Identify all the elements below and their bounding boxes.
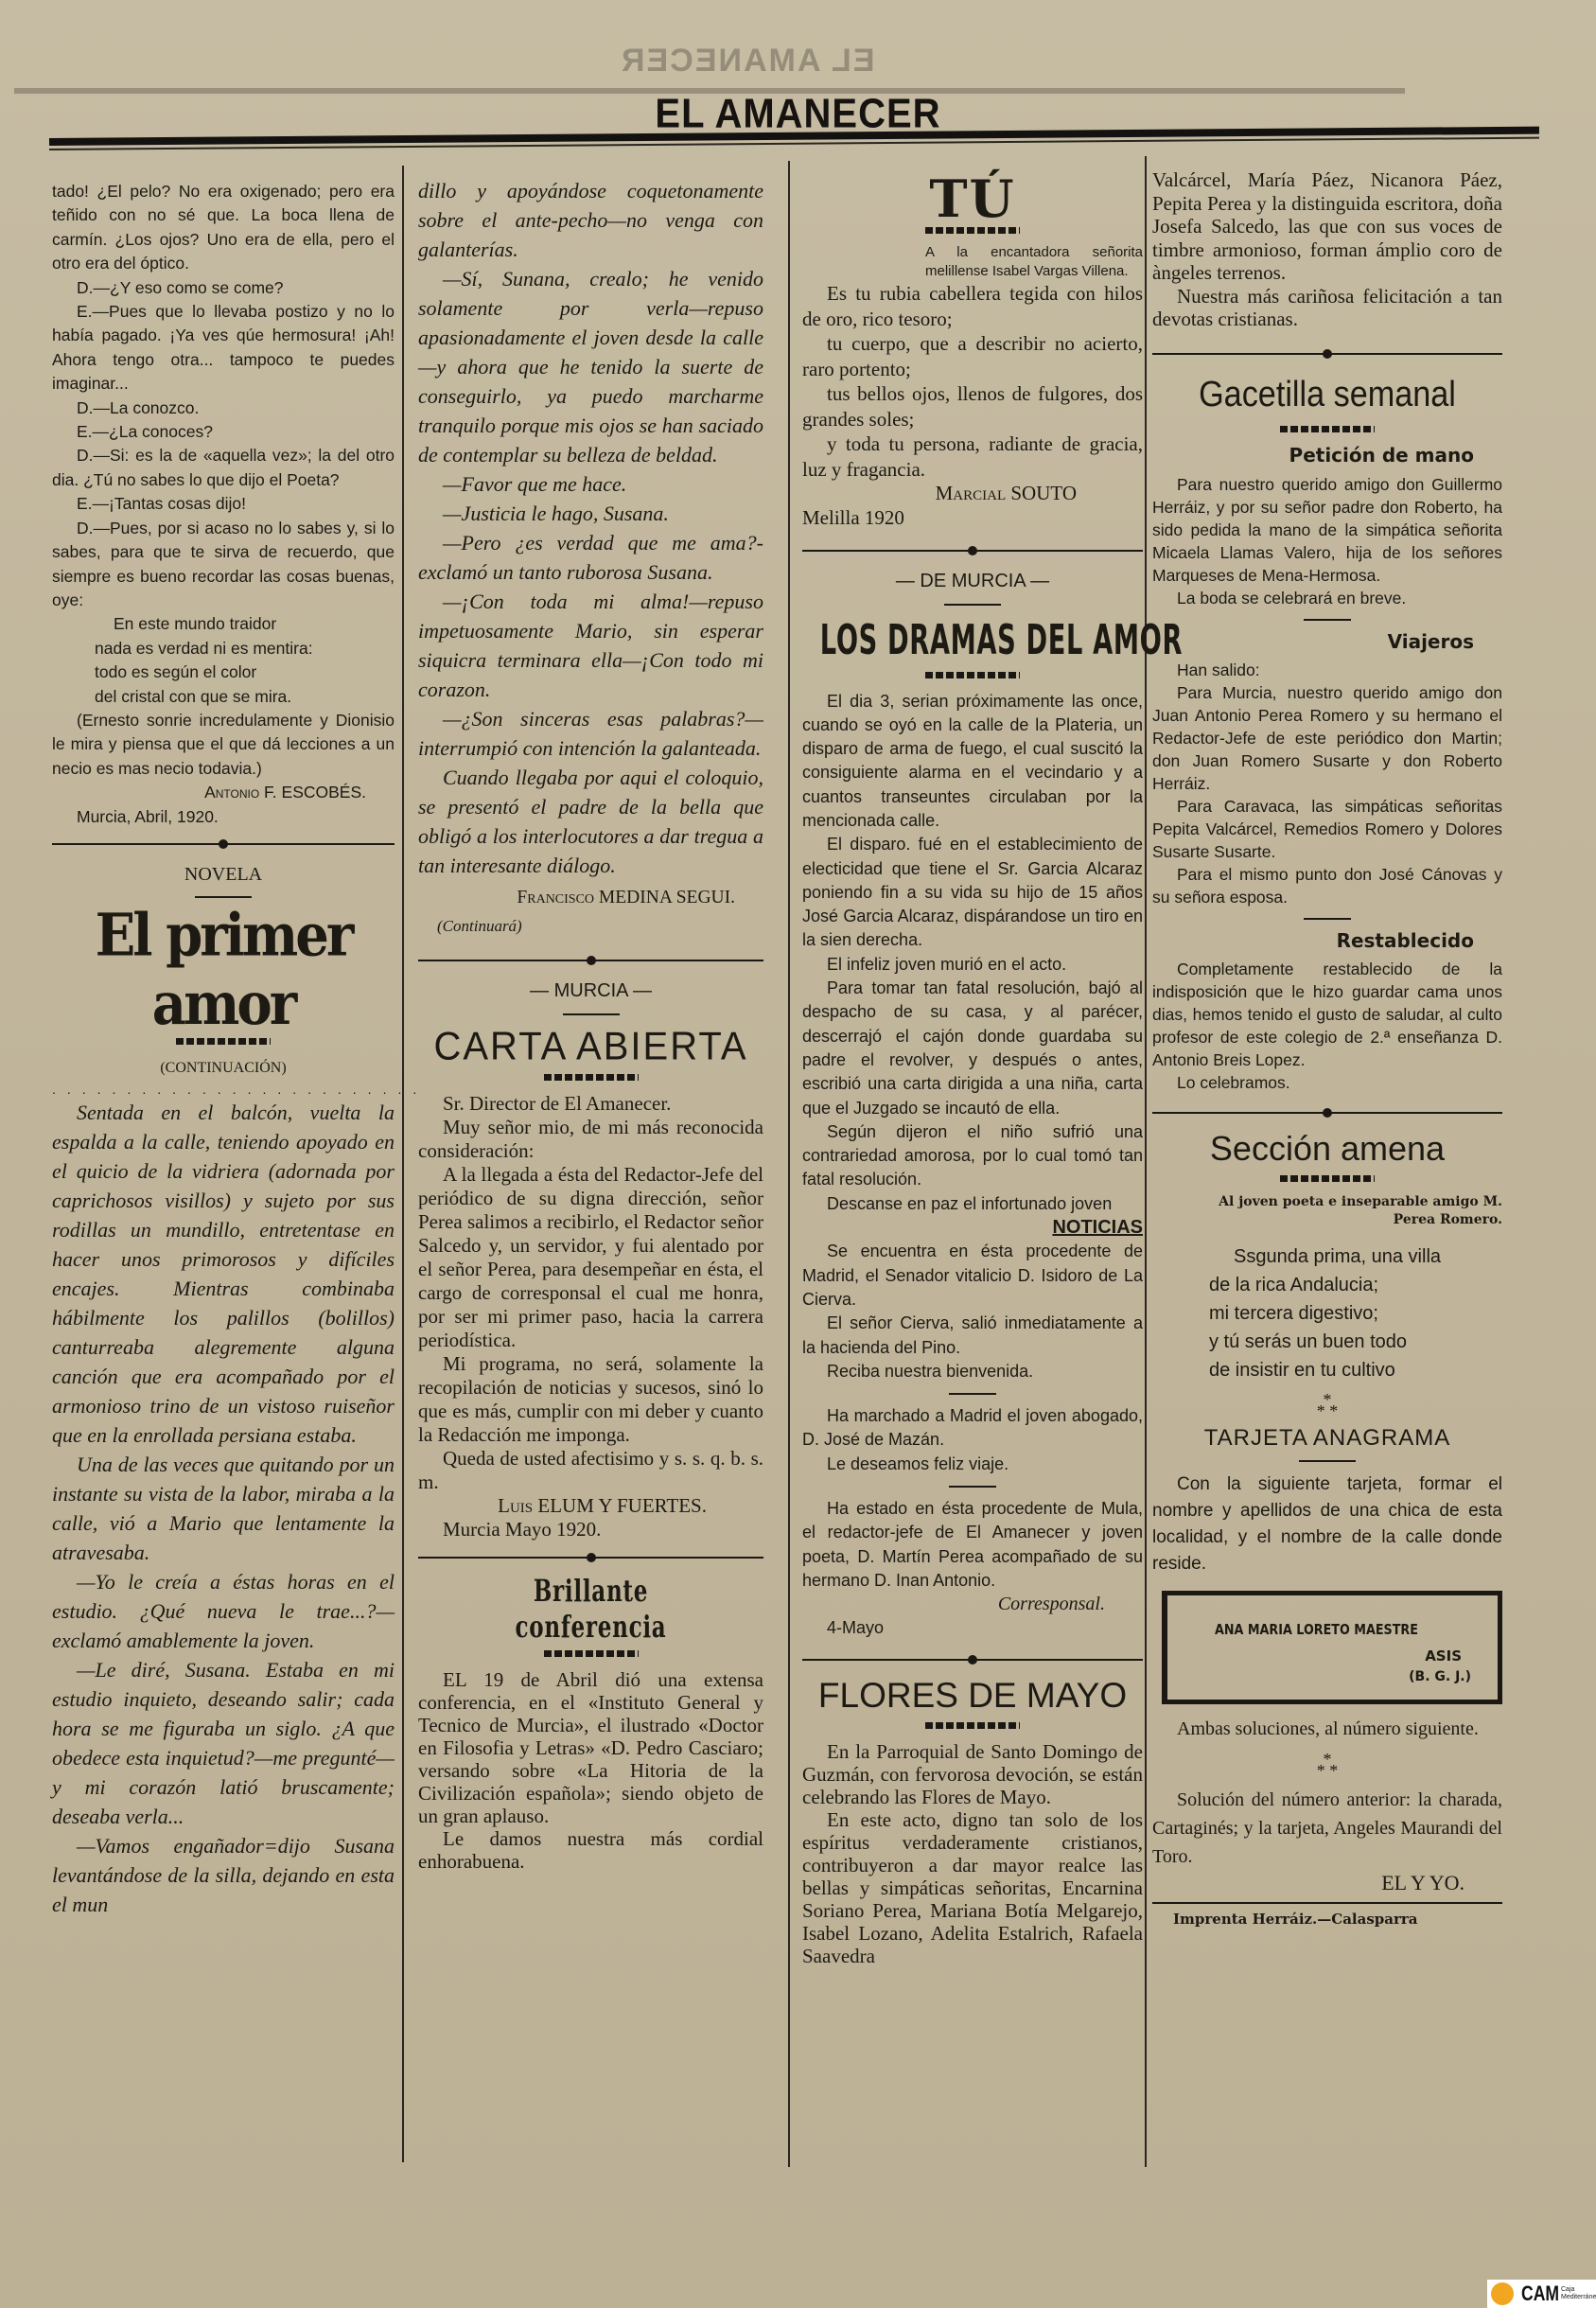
dotted-separator bbox=[1280, 1175, 1375, 1182]
novel-para: Cuando llegaba por aqui el coloquio, se … bbox=[418, 763, 763, 880]
column-divider bbox=[788, 161, 790, 2167]
tu-title: TÚ bbox=[802, 170, 1143, 227]
column-4: Valcárcel, María Páez, Nicanora Páez, Pe… bbox=[1152, 168, 1502, 1932]
section-label: — DE MURCIA — bbox=[802, 570, 1143, 594]
conferencia-para: Le damos nuestra más cordial enhorabuena… bbox=[418, 1827, 763, 1873]
verse-line: todo es según el color bbox=[95, 661, 395, 684]
dialogue-para: D.—Pues, por si acaso no lo sabes y, si … bbox=[52, 517, 395, 613]
newspaper-page: EL AMANECER EL AMANECER tado! ¿El pelo? … bbox=[0, 0, 1596, 2308]
peticion-para: La boda se celebrará en breve. bbox=[1152, 587, 1502, 609]
flores-continued: Valcárcel, María Páez, Nicanora Páez, Pe… bbox=[1152, 168, 1502, 331]
novel-para: —Vamos engañador=dijo Susana levantándos… bbox=[52, 1831, 395, 1919]
cam-watermark-logo: CAM Caja Mediterráneo bbox=[1487, 2280, 1596, 2308]
novel-para: —¿Son sinceras esas palabras?—interrumpi… bbox=[418, 704, 763, 763]
short-rule bbox=[195, 896, 252, 898]
author-signature: Francisco MEDINA SEGUI. bbox=[418, 886, 763, 910]
card-line-3: (B. G. J.) bbox=[1409, 1665, 1471, 1690]
short-rule bbox=[1304, 918, 1351, 920]
peticion-para: Para nuestro querido amigo don Guillermo… bbox=[1152, 473, 1502, 587]
noticia-para: Le deseamos feliz viaje. bbox=[802, 1453, 1143, 1476]
conferencia-body: EL 19 de Abril dió una extensa conferenc… bbox=[418, 1668, 763, 1873]
carta-body: Sr. Director de El Amanecer. Muy señor m… bbox=[418, 1092, 763, 1494]
dialogue-para: D.—Si: es la de «aquella vez»; la del ot… bbox=[52, 444, 395, 492]
column-2: dillo y apoyándose coquetonamente sobre … bbox=[418, 176, 763, 1873]
poem-dedication: A la encantadora señorita melillense Isa… bbox=[802, 243, 1143, 281]
poem-stanza: Es tu rubia cabellera tegida con hilos d… bbox=[802, 281, 1143, 331]
dramas-para: Descanse en paz el infortunado joven bbox=[802, 1192, 1143, 1216]
noticia-para: Reciba nuestra bienvenida. bbox=[802, 1360, 1143, 1383]
ornamental-rule bbox=[802, 1654, 1143, 1665]
dotted-separator bbox=[1280, 426, 1375, 432]
novel-title: El primer amor bbox=[52, 902, 395, 1039]
restablecido-para: Completamente restablecido de la indispo… bbox=[1152, 958, 1502, 1071]
novel-continued: dillo y apoyándose coquetonamente sobre … bbox=[418, 176, 763, 880]
peticion-heading: Petición de mano bbox=[1152, 444, 1502, 468]
verse-block: En este mundo traidor nada es verdad ni … bbox=[52, 612, 395, 709]
ornamental-rule bbox=[52, 838, 395, 850]
noticia-para: El señor Cierva, salió inmediatamente a … bbox=[802, 1312, 1143, 1360]
conferencia-para: EL 19 de Abril dió una extensa conferenc… bbox=[418, 1668, 763, 1827]
footer-rule bbox=[1152, 1902, 1502, 1904]
dialogue-para: E.—¿La conoces? bbox=[52, 420, 395, 444]
logo-circle-icon bbox=[1491, 2282, 1514, 2305]
dramas-para: El infeliz joven murió en el acto. bbox=[802, 953, 1143, 977]
noticia-para: Ha marchado a Madrid el joven abogado, D… bbox=[802, 1404, 1143, 1453]
flores-para: Valcárcel, María Páez, Nicanora Páez, Pe… bbox=[1152, 168, 1502, 285]
gacetilla-title: Gacetilla semanal bbox=[1170, 369, 1485, 420]
noticias-heading: NOTICIAS bbox=[802, 1216, 1143, 1240]
poem-stanza: y toda tu persona, radiante de gracia, l… bbox=[802, 432, 1143, 482]
bleed-through-header: EL AMANECER bbox=[620, 43, 874, 79]
ornamental-rule bbox=[418, 955, 763, 966]
poem-stanza: tus bellos ojos, llenos de fulgores, dos… bbox=[802, 381, 1143, 432]
dotted-separator bbox=[925, 672, 1020, 678]
verse-line: En este mundo traidor bbox=[95, 612, 395, 636]
dialogue-para: E.—Pues que lo llevaba postizo y no lo h… bbox=[52, 300, 395, 396]
dotted-separator bbox=[544, 1074, 639, 1081]
solucion-anterior: Solución del número anterior: la charada… bbox=[1152, 1786, 1502, 1871]
flores-title: FLORES DE MAYO bbox=[802, 1675, 1143, 1717]
card-name: ANA MARIA LORETO MAESTRE bbox=[1215, 1618, 1418, 1643]
short-rule bbox=[563, 1013, 620, 1015]
carta-salutation: Sr. Director de El Amanecer. bbox=[418, 1092, 763, 1116]
short-rule bbox=[949, 1393, 996, 1395]
author-signature: Luis ELUM Y FUERTES. bbox=[418, 1494, 763, 1519]
tu-poem: Es tu rubia cabellera tegida con hilos d… bbox=[802, 281, 1143, 482]
restablecido-heading: Restablecido bbox=[1152, 929, 1502, 952]
novel-text: Sentada en el balcón, vuelta la espalda … bbox=[52, 1098, 395, 1919]
carta-para: Queda de usted afectisimo y s. s. q. b. … bbox=[418, 1447, 763, 1494]
column-divider bbox=[1145, 156, 1147, 2167]
anagrama-heading: TARJETA ANAGRAMA bbox=[1152, 1426, 1502, 1451]
verse-line: nada es verdad ni es mentira: bbox=[95, 637, 395, 661]
author-signature: Antonio F. ESCOBÉS. bbox=[52, 781, 395, 804]
short-rule bbox=[1299, 1460, 1356, 1462]
viajeros-para: Han salido: bbox=[1152, 659, 1502, 681]
asterism: ** * bbox=[1152, 1394, 1502, 1417]
ornamental-rule bbox=[1152, 1107, 1502, 1119]
conferencia-title: Brillante conferencia bbox=[466, 1573, 715, 1645]
gacetilla-body: Para nuestro querido amigo don Guillermo… bbox=[1152, 473, 1502, 1094]
dramas-para: El disparo. fué en el establecimiento de… bbox=[802, 833, 1143, 952]
logo-subtitle: Caja Mediterráneo bbox=[1561, 2286, 1596, 2301]
novel-para: —Yo le creía a éstas horas en el estudio… bbox=[52, 1567, 395, 1655]
dotted-separator bbox=[176, 1038, 271, 1045]
author-signature: EL Y YO. bbox=[1152, 1871, 1502, 1895]
dotted-separator bbox=[925, 1722, 1020, 1729]
novel-para: —Sí, Sunana, crealo; he venido solamente… bbox=[418, 264, 763, 469]
verse-line: del cristal con que se mira. bbox=[95, 685, 395, 709]
dramas-para: Para tomar tan fatal resolución, bajó al… bbox=[802, 977, 1143, 1120]
dotted-separator bbox=[544, 1650, 639, 1657]
seccion-dedication: Al joven poeta e inseparable amigo M. Pe… bbox=[1152, 1193, 1502, 1229]
flores-body: En la Parroquial de Santo Domingo de Guz… bbox=[802, 1740, 1143, 1967]
continuation-label: (CONTINUACIÓN) bbox=[52, 1056, 395, 1080]
dateline: Melilla 1920 bbox=[802, 506, 1143, 531]
novel-para: dillo y apoyándose coquetonamente sobre … bbox=[418, 176, 763, 264]
viajeros-para: Para Caravaca, las simpáticas señoritas … bbox=[1152, 795, 1502, 863]
dateline: Murcia Mayo 1920. bbox=[418, 1518, 763, 1542]
dialogue-para: D.—¿Y eso como se come? bbox=[52, 276, 395, 300]
corresponsal-signature: Corresponsal. bbox=[802, 1593, 1143, 1616]
short-rule bbox=[1304, 619, 1351, 621]
asterism: ** * bbox=[1152, 1753, 1502, 1776]
section-label: — MURCIA — bbox=[418, 979, 763, 1004]
anagram-card: ANA MARIA LORETO MAESTRE ASIS (B. G. J.) bbox=[1162, 1591, 1502, 1704]
novel-para: —¡Con toda mi alma!—repuso impetuosament… bbox=[418, 587, 763, 704]
novel-para: —Pero ¿es verdad que me ama?- exclamó un… bbox=[418, 528, 763, 587]
logo-brand: CAM bbox=[1521, 2282, 1559, 2306]
ornamental-rule bbox=[802, 545, 1143, 556]
novel-para: —Justicia le hago, Susana. bbox=[418, 499, 763, 528]
noticia-para: Se encuentra en ésta procedente de Madri… bbox=[802, 1240, 1143, 1312]
carta-para: A la llegada a ésta del Redactor-Jefe de… bbox=[418, 1163, 763, 1352]
ornamental-rule bbox=[418, 1552, 763, 1563]
dateline: 4-Mayo bbox=[802, 1616, 1143, 1640]
charada-line: mi tercera digestivo; bbox=[1209, 1299, 1502, 1328]
continuara-label: (Continuará) bbox=[418, 914, 763, 939]
flores-para: En la Parroquial de Santo Domingo de Guz… bbox=[802, 1740, 1143, 1808]
dramas-para: El dia 3, serian próximamente las once, … bbox=[802, 690, 1143, 834]
dramas-para: Según dijeron el niño sufrió una contrar… bbox=[802, 1120, 1143, 1192]
column-1: tado! ¿El pelo? No era oxigenado; pero e… bbox=[52, 180, 395, 1919]
charada-line: Ssgunda prima, una villa bbox=[1209, 1242, 1502, 1271]
ambas-soluciones: Ambas soluciones, al número siguiente. bbox=[1152, 1714, 1502, 1744]
dramas-body: El dia 3, serian próximamente las once, … bbox=[802, 690, 1143, 1641]
carta-para: Mi programa, no será, solamente la recop… bbox=[418, 1352, 763, 1447]
viajeros-heading: Viajeros bbox=[1152, 630, 1502, 653]
column-divider bbox=[402, 166, 404, 2162]
dialogue-para: D.—La conozco. bbox=[52, 396, 395, 420]
viajeros-para: Para Murcia, nuestro querido amigo don J… bbox=[1152, 681, 1502, 795]
viajeros-para: Para el mismo punto don José Cánovas y s… bbox=[1152, 863, 1502, 908]
charada-line: de la rica Andalucia; bbox=[1209, 1271, 1502, 1299]
poem-stanza: tu cuerpo, que a describir no acierto, r… bbox=[802, 331, 1143, 381]
noticia-para: Ha estado en ésta procedente de Mula, el… bbox=[802, 1497, 1143, 1593]
short-rule bbox=[949, 1486, 996, 1488]
novel-para: —Favor que me hace. bbox=[418, 469, 763, 499]
novel-para: —Le diré, Susana. Estaba en mi estudio i… bbox=[52, 1655, 395, 1831]
section-label: NOVELA bbox=[52, 863, 395, 887]
novel-para: Sentada en el balcón, vuelta la espalda … bbox=[52, 1098, 395, 1450]
restablecido-para: Lo celebramos. bbox=[1152, 1071, 1502, 1094]
short-rule bbox=[944, 604, 1001, 606]
charada-poem: Ssgunda prima, una villa de la rica Anda… bbox=[1152, 1242, 1502, 1384]
author-signature: Marcial SOUTO bbox=[802, 482, 1143, 506]
column-3: TÚ A la encantadora señorita melillense … bbox=[802, 170, 1143, 1967]
dialogue-para: E.—¡Tantas cosas dijo! bbox=[52, 492, 395, 516]
charada-line: y tú serás un buen todo bbox=[1209, 1328, 1502, 1356]
novel-para: Una de las veces que quitando por un ins… bbox=[52, 1450, 395, 1567]
ornamental-rule bbox=[1152, 348, 1502, 360]
dramas-title: LOS DRAMAS DEL AMOR bbox=[820, 615, 1125, 666]
seccion-amena-title: Sección amena bbox=[1152, 1128, 1502, 1170]
flores-para: Nuestra más cariñosa felicitación a tan … bbox=[1152, 285, 1502, 331]
charada-line: de insistir en tu cultivo bbox=[1209, 1356, 1502, 1384]
dialogue-para: tado! ¿El pelo? No era oxigenado; pero e… bbox=[52, 180, 395, 276]
flores-para: En este acto, digno tan solo de los espí… bbox=[802, 1808, 1143, 1967]
dotted-line: ......................... bbox=[52, 1081, 395, 1098]
anagrama-intro: Con la siguiente tarjeta, formar el nomb… bbox=[1152, 1471, 1502, 1577]
printer-imprint: Imprenta Herráiz.—Calasparra bbox=[1152, 1908, 1502, 1932]
dateline: Murcia, Abril, 1920. bbox=[52, 805, 395, 829]
carta-title: CARTA ABIERTA bbox=[418, 1023, 763, 1068]
stage-direction: (Ernesto sonrie incredulamente y Dionisi… bbox=[52, 709, 395, 781]
carta-para: Muy señor mio, de mi más reconocida cons… bbox=[418, 1116, 763, 1163]
